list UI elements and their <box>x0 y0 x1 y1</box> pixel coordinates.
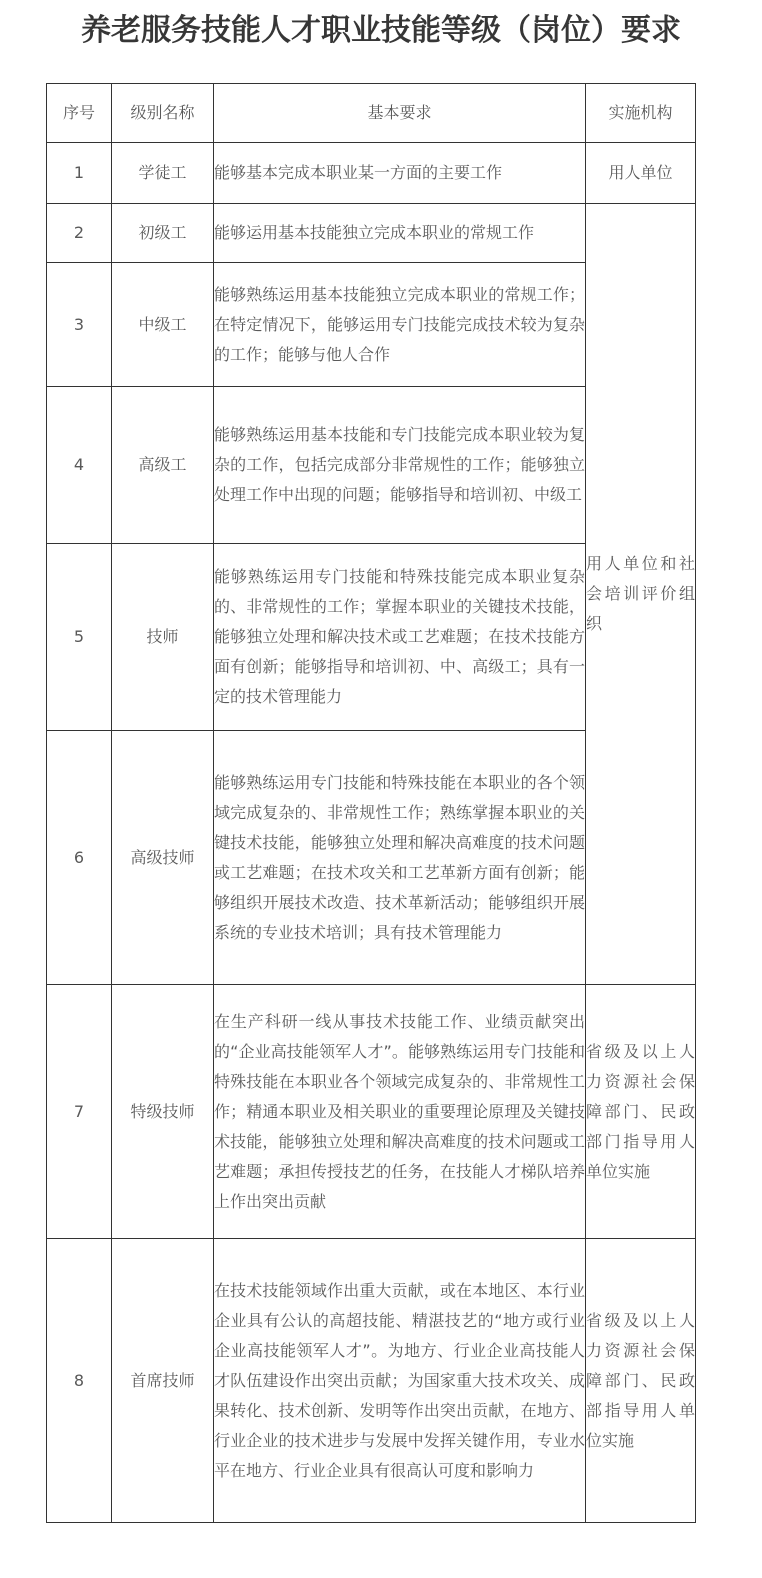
cell-index: 1 <box>47 143 112 204</box>
table-row-7: 7 特级技师 在生产科研一线从事技术技能工作、业绩贡献突出的“企业高技能领军人才… <box>47 985 696 1239</box>
cell-level: 高级工 <box>112 387 214 544</box>
cell-agency: 省级及以上人力资源社会保障部门、民政部门指导用人单位实施 <box>586 985 696 1239</box>
cell-level: 特级技师 <box>112 985 214 1239</box>
cell-agency-merged: 用人单位和社会培训评价组织 <box>586 204 696 985</box>
header-implementing-agency: 实施机构 <box>586 84 696 143</box>
cell-index: 5 <box>47 544 112 731</box>
cell-level: 高级技师 <box>112 731 214 985</box>
cell-requirement: 能够熟练运用专门技能和特殊技能完成本职业复杂的、非常规性的工作；掌握本职业的关键… <box>214 544 586 731</box>
cell-index: 7 <box>47 985 112 1239</box>
cell-requirement: 能够熟练运用基本技能和专门技能完成本职业较为复杂的工作，包括完成部分非常规性的工… <box>214 387 586 544</box>
cell-requirement: 能够熟练运用专门技能和特殊技能在本职业的各个领域完成复杂的、非常规性工作；熟练掌… <box>214 731 586 985</box>
cell-index: 6 <box>47 731 112 985</box>
cell-index: 2 <box>47 204 112 263</box>
cell-level: 学徒工 <box>112 143 214 204</box>
header-basic-requirement: 基本要求 <box>214 84 586 143</box>
cell-level: 技师 <box>112 544 214 731</box>
cell-agency: 省级及以上人力资源社会保障部门、民政部指导用人单位实施 <box>586 1239 696 1523</box>
cell-level: 中级工 <box>112 263 214 387</box>
table-row-2: 2 初级工 能够运用基本技能独立完成本职业的常规工作 用人单位和社会培训评价组织 <box>47 204 696 263</box>
table-row-8: 8 首席技师 在技术技能领域作出重大贡献，或在本地区、本行业企业具有公认的高超技… <box>47 1239 696 1523</box>
cell-requirement: 能够运用基本技能独立完成本职业的常规工作 <box>214 204 586 263</box>
table-row-1: 1 学徒工 能够基本完成本职业某一方面的主要工作 用人单位 <box>47 143 696 204</box>
cell-index: 4 <box>47 387 112 544</box>
cell-index: 3 <box>47 263 112 387</box>
cell-requirement: 能够基本完成本职业某一方面的主要工作 <box>214 143 586 204</box>
document-page: 养老服务技能人才职业技能等级（岗位）要求 序号 级别名称 基本要求 实施机构 1… <box>0 0 762 1578</box>
cell-requirement: 能够熟练运用基本技能独立完成本职业的常规工作；在特定情况下，能够运用专门技能完成… <box>214 263 586 387</box>
cell-requirement: 在生产科研一线从事技术技能工作、业绩贡献突出的“企业高技能领军人才”。能够熟练运… <box>214 985 586 1239</box>
table-header-row: 序号 级别名称 基本要求 实施机构 <box>47 84 696 143</box>
cell-agency: 用人单位 <box>586 143 696 204</box>
cell-requirement: 在技术技能领域作出重大贡献，或在本地区、本行业企业具有公认的高超技能、精湛技艺的… <box>214 1239 586 1523</box>
cell-level: 初级工 <box>112 204 214 263</box>
header-index: 序号 <box>47 84 112 143</box>
cell-level: 首席技师 <box>112 1239 214 1523</box>
header-level-name: 级别名称 <box>112 84 214 143</box>
skill-level-table: 序号 级别名称 基本要求 实施机构 1 学徒工 能够基本完成本职业某一方面的主要… <box>46 83 696 1523</box>
cell-index: 8 <box>47 1239 112 1523</box>
page-title: 养老服务技能人才职业技能等级（岗位）要求 <box>0 14 762 48</box>
